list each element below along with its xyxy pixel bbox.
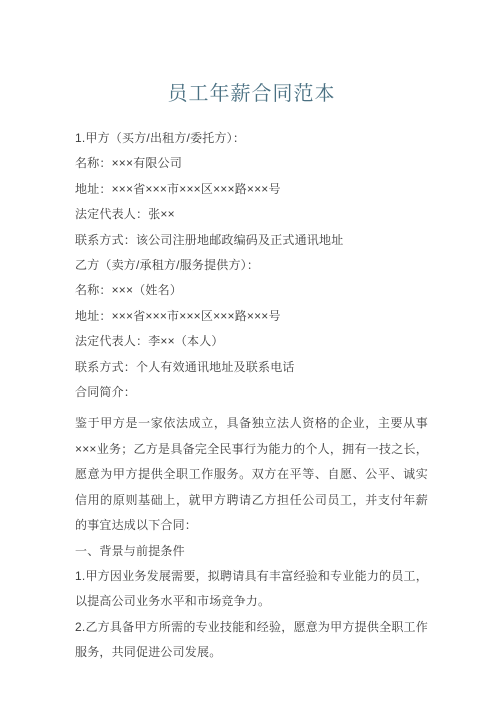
document-title: 员工年薪合同范本	[75, 80, 428, 108]
party-b-contact: 联系方式：个人有效通讯地址及联系电话	[75, 355, 428, 380]
party-a-legal-representative: 法定代表人：张××	[75, 202, 428, 227]
intro-paragraph: 鉴于甲方是一家依法成立，具备独立法人资格的企业，主要从事×××业务；乙方是具备完…	[75, 411, 428, 538]
section-1-item-1: 1.甲方因业务发展需要，拟聘请具有丰富经验和专业能力的员工，以提高公司业务水平和…	[75, 564, 428, 615]
contract-page: 员工年薪合同范本 1.甲方（买方/出租方/委托方）： 名称：×××有限公司 地址…	[0, 0, 500, 707]
party-a-name: 名称：×××有限公司	[75, 151, 428, 176]
party-b-heading: 乙方（卖方/承租方/服务提供方）：	[75, 253, 428, 278]
section-1-heading: 一、背景与前提条件	[75, 539, 428, 564]
party-b-name: 名称：×××（姓名）	[75, 278, 428, 303]
party-a-address: 地址：×××省×××市×××区×××路×××号	[75, 177, 428, 202]
party-b-address: 地址：×××省×××市×××区×××路×××号	[75, 304, 428, 329]
party-a-heading: 1.甲方（买方/出租方/委托方）：	[75, 126, 428, 151]
party-b-legal-representative: 法定代表人：李××（本人）	[75, 329, 428, 354]
party-a-contact: 联系方式：该公司注册地邮政编码及正式通讯地址	[75, 228, 428, 253]
intro-label: 合同简介：	[75, 380, 428, 405]
section-1-item-2: 2.乙方具备甲方所需的专业技能和经验，愿意为甲方提供全职工作服务，共同促进公司发…	[75, 615, 428, 666]
